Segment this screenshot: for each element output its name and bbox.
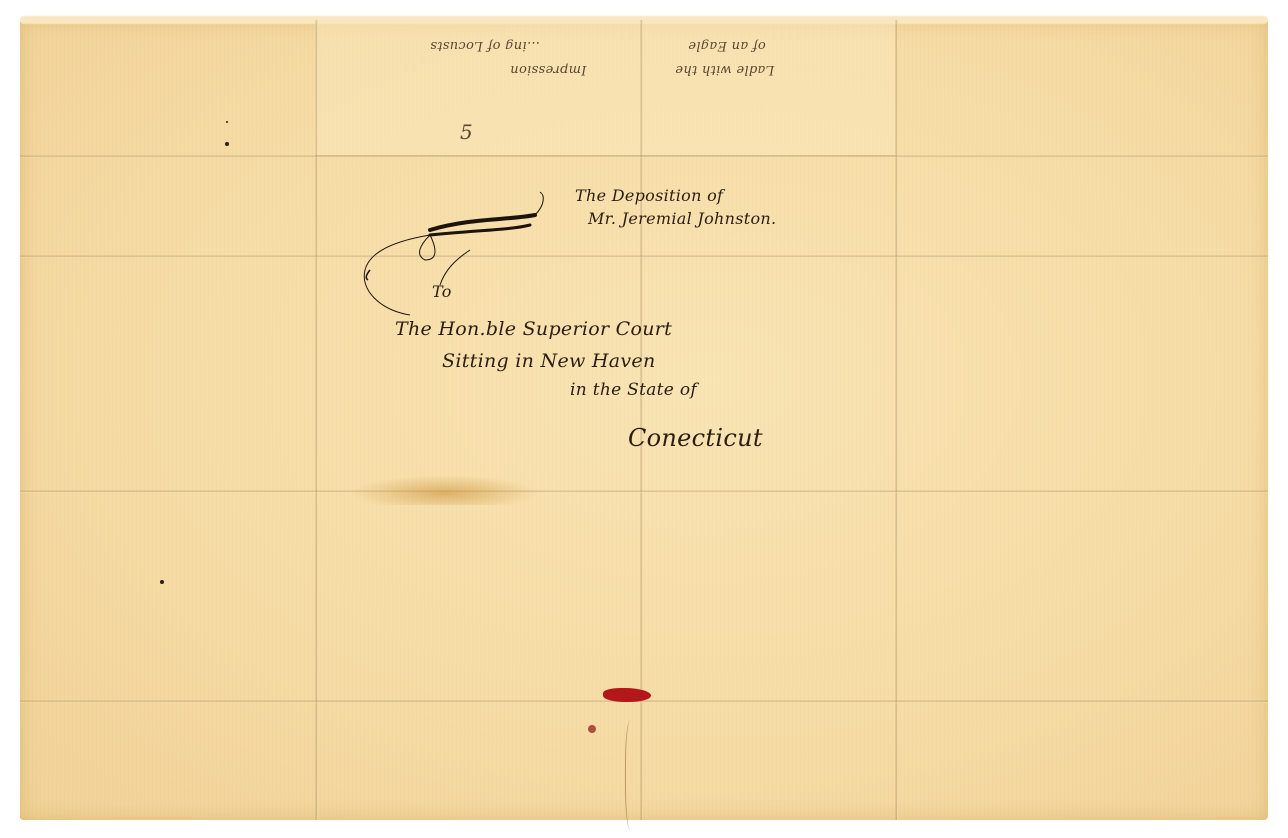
fold-line-horizontal (20, 700, 1268, 703)
ink-speck (226, 121, 228, 123)
ink-speck (225, 142, 229, 146)
upside-note-left-2: Impression (510, 62, 586, 77)
deposition-title-line2: Mr. Jeremial Johnston. (588, 209, 776, 228)
letter-paper (20, 20, 1268, 820)
upside-note-right-2: Ladle with the (675, 62, 774, 77)
address-line2: Sitting in New Haven (442, 350, 656, 372)
address-line4-state: Conecticut (628, 424, 763, 452)
salutation-to: To (432, 282, 452, 301)
water-stain (350, 475, 540, 505)
ink-speck (160, 580, 164, 584)
wax-seal-spot (588, 725, 596, 733)
upside-note-right-1: of an Eagle (688, 38, 766, 53)
upside-note-left-1: …ing of Locusts (430, 38, 540, 53)
deposition-title-line1: The Deposition of (575, 186, 723, 205)
address-line1: The Hon.ble Superior Court (395, 318, 672, 340)
folded-flap (315, 20, 895, 156)
fold-line-horizontal (20, 490, 1268, 493)
paper-tear (625, 720, 638, 830)
fold-line-horizontal (20, 155, 1268, 158)
fold-line-horizontal (20, 255, 1268, 258)
wax-seal-remnant (603, 688, 651, 702)
docket-number: 5 (460, 120, 473, 144)
address-line3: in the State of (570, 380, 697, 400)
